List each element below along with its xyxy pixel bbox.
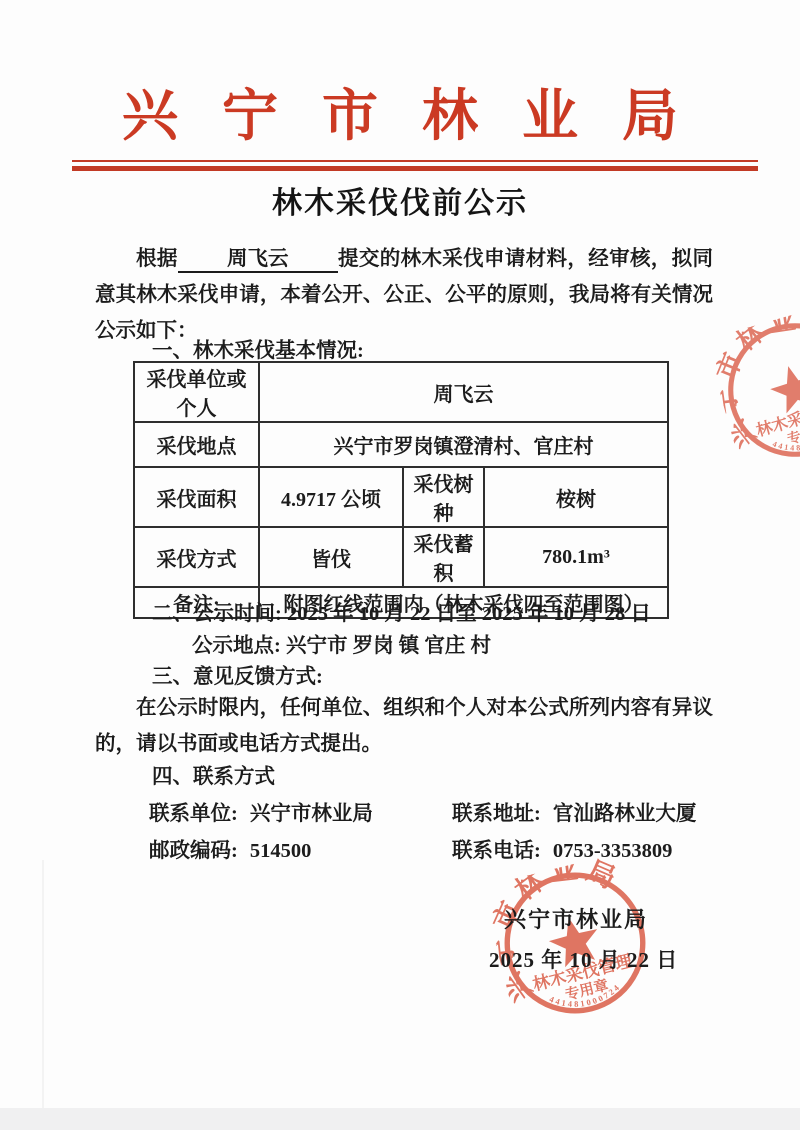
contact-addr-line: 联系地址:官汕路林业大厦 (452, 796, 696, 826)
applicant-name-underline: 周飞云 (178, 248, 338, 273)
cell-value: 桉树 (484, 467, 668, 527)
phone-line: 联系电话:0753-3353809 (452, 833, 672, 863)
intro-lead-text: 根据 (136, 248, 178, 270)
cell-label: 采伐面积 (134, 467, 259, 527)
cell-value: 780.1m³ (484, 527, 668, 587)
cell-value: 4.9717 公顷 (259, 467, 403, 527)
feedback-paragraph: 在公示时限内，任何单位、组织和个人对本公式所列内容有异议的，请以书面或电话方式提… (95, 690, 713, 762)
official-stamp: 兴宁市林业局 林木采伐管理 专用章 441481000724 (482, 850, 669, 1037)
agency-letterhead-title: 兴宁市林业局 (0, 72, 800, 152)
document-title: 林木采伐伐前公示 (0, 178, 800, 222)
section-contact-heading: 四、联系方式 (95, 759, 275, 789)
cell-label: 采伐树种 (403, 467, 484, 527)
contact-unit-line: 联系单位:兴宁市林业局 (149, 796, 373, 826)
cell-label: 采伐蓄积 (403, 527, 484, 587)
postal-code-line: 邮政编码:514500 (149, 833, 311, 863)
section-feedback-heading: 三、意见反馈方式: (95, 659, 323, 689)
basic-info-table: 采伐单位或个人 周飞云 采伐地点 兴宁市罗岗镇澄清村、官庄村 采伐面积 4.97… (133, 361, 669, 619)
publicity-time-line: 二、公示时间: 2025 年 10 月 22 日至 2025 年 10 月 28… (95, 596, 651, 626)
section-basic-heading: 一、林木采伐基本情况: (95, 333, 364, 363)
letterhead-rule-thin (72, 160, 758, 162)
phone-label: 联系电话: (452, 840, 541, 862)
signature-org: 兴宁市林业局 (504, 903, 648, 934)
table-row: 采伐方式 皆伐 采伐蓄积 780.1m³ (134, 527, 668, 587)
cell-label: 采伐方式 (134, 527, 259, 587)
contact-unit-value: 兴宁市林业局 (250, 803, 373, 825)
stamp-star-icon (765, 360, 800, 416)
contact-addr-value: 官汕路林业大厦 (553, 803, 697, 825)
table-row: 采伐单位或个人 周飞云 (134, 362, 668, 422)
cell-value: 兴宁市罗岗镇澄清村、官庄村 (259, 422, 668, 467)
signature-date: 2025 年 10 月 22 日 (489, 944, 678, 974)
official-stamp-right-edge: 兴宁市林业局 林木采伐管理 专用章 441481000724 (705, 300, 800, 481)
publicity-place-line: 公示地点: 兴宁市 罗岗 镇 官庄 村 (95, 628, 491, 658)
contact-addr-label: 联系地址: (452, 803, 541, 825)
contact-unit-label: 联系单位: (149, 803, 238, 825)
table-row: 采伐面积 4.9717 公顷 采伐树种 桉树 (134, 467, 668, 527)
scan-edge-shadow (0, 1108, 800, 1130)
cell-label: 采伐地点 (134, 422, 259, 467)
postal-code-label: 邮政编码: (149, 840, 238, 862)
letterhead-rule-thick (72, 166, 758, 171)
cell-value: 周飞云 (259, 362, 668, 422)
cell-label: 采伐单位或个人 (134, 362, 259, 422)
scan-artifact-line (42, 860, 44, 1110)
cell-value: 皆伐 (259, 527, 403, 587)
table-row: 采伐地点 兴宁市罗岗镇澄清村、官庄村 (134, 422, 668, 467)
postal-code-value: 514500 (250, 840, 312, 862)
document-page: 兴宁市林业局 林木采伐伐前公示 根据周飞云提交的林木采伐申请材料，经审核，拟同意… (0, 0, 800, 1130)
